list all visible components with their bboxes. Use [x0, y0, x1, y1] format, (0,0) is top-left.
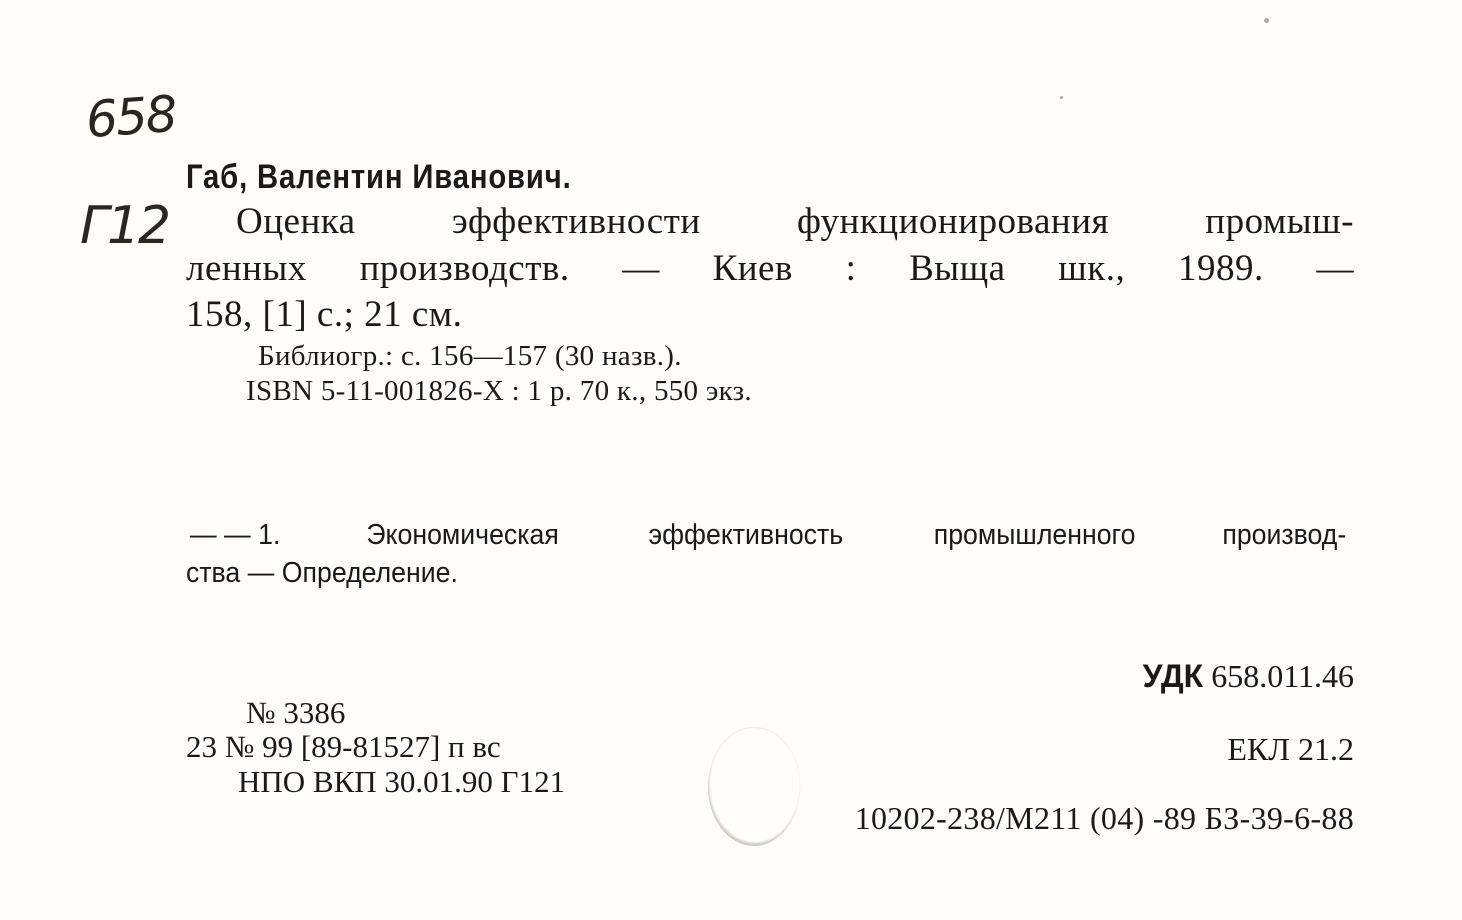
author-heading: Габ, Валентин Иванович. [186, 158, 572, 197]
title-word: Выща [909, 247, 1005, 290]
udk-value: 658.011.46 [1211, 658, 1354, 694]
title-line-2: ленныхпроизводств.—Киев:Выщашк.,1989.— [186, 247, 1354, 290]
subject-word: промышленного [934, 519, 1136, 552]
paper-speck [1264, 18, 1269, 23]
isbn-price: ISBN 5-11-001826-X : 1 р. 70 к., 550 экз… [246, 375, 752, 408]
punch-hole [708, 728, 800, 846]
udk-code: УДК 658.011.46 [1143, 658, 1354, 695]
code-visible: 10202-238/М211 (04) -89 БЗ-39-6-88 [855, 800, 1354, 836]
subject-word: — — 1. [190, 519, 280, 552]
ekl-code: ЕКЛ 21.2 [1227, 731, 1354, 768]
printing-line: 23 № 99 [89-81527] п вс [186, 729, 501, 765]
subject-word: производ- [1223, 519, 1347, 552]
subject-word: Экономическая [366, 519, 558, 552]
subject-word: эффективность [648, 519, 843, 552]
title-word: промыш- [1205, 200, 1354, 243]
title-word: шк., [1058, 247, 1125, 290]
title-word: эффективности [452, 200, 701, 243]
title-word: функционирования [797, 200, 1109, 243]
publication-code: Г10202-238/М211 (04) -89 БЗ-39-6-88 [758, 800, 1354, 837]
title-word: : [846, 247, 857, 290]
title-word: Оценка [236, 200, 356, 243]
card-number: № 3386 [246, 695, 345, 731]
title-word: производств. [360, 247, 570, 290]
udk-label: УДК [1143, 658, 1204, 694]
title-word: — [1316, 247, 1354, 290]
title-word: Киев [713, 247, 793, 290]
call-number-classification: 658 [84, 85, 177, 149]
physical-description: 158, [1] с.; 21 см. [186, 293, 462, 336]
subject-heading-line-2: ства — Определение. [186, 557, 458, 590]
bibliography-note: Библиогр.: с. 156—157 (30 назв.). [258, 340, 682, 373]
catalog-card: 658 Г12 Габ, Валентин Иванович. Оценкаэф… [0, 0, 1462, 920]
title-word: 1989. [1178, 247, 1264, 290]
title-word: — [622, 247, 660, 290]
title-line-1: Оценкаэффективностифункционированияпромы… [236, 200, 1354, 243]
title-word: ленных [186, 247, 307, 290]
subject-heading-line-1: — — 1.Экономическаяэффективностьпромышле… [186, 519, 1352, 552]
call-number-author-mark: Г12 [80, 196, 169, 256]
paper-speck [1060, 96, 1063, 99]
publisher-line: НПО ВКП 30.01.90 Г121 [238, 764, 565, 800]
